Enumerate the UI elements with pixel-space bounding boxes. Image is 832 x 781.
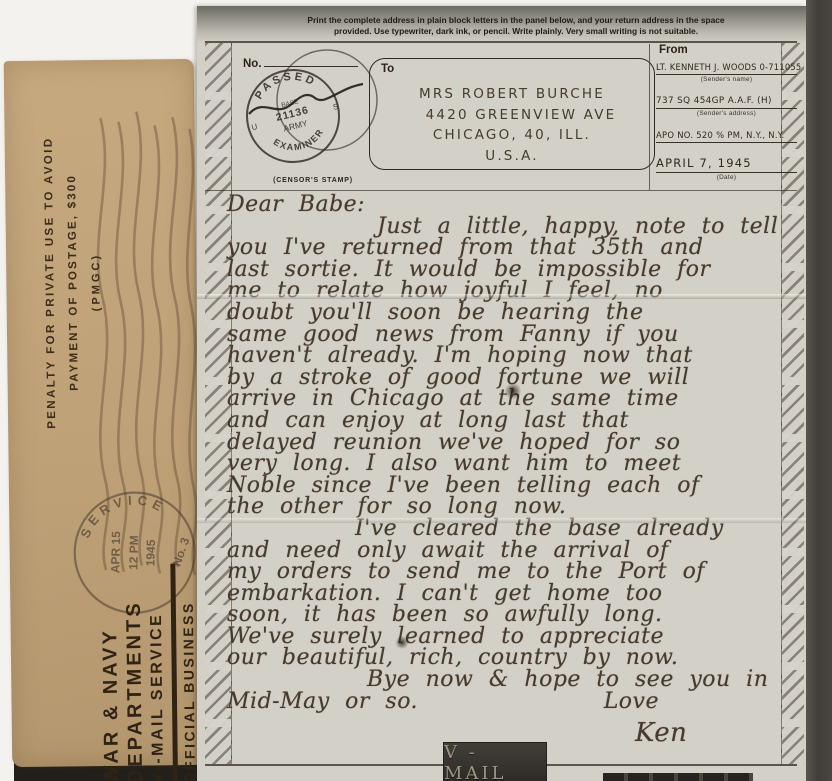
instruction-line: provided. Use typewriter, dark ink, or p… — [301, 26, 731, 37]
letter-line: my orders to send me to the Port of — [227, 559, 799, 581]
letter-line: same good news from Fanny if you — [227, 322, 799, 344]
war-navy-text: WAR & NAVY DEPARTMENTS V--MAIL SERVICE O… — [97, 533, 199, 781]
to-label: To — [381, 63, 394, 75]
envelope: PENALTY FOR PRIVATE USE TO AVOID PAYMENT… — [4, 59, 203, 767]
letter-body: Dear Babe: Just a little, happy, note to… — [227, 192, 799, 748]
letter-line: soon, it has been so awfully long. — [227, 602, 799, 624]
closing-left: Mid-May or so. — [227, 689, 418, 711]
letter-line: Bye now & hope to see you in — [227, 667, 799, 689]
signature: Ken — [635, 718, 799, 748]
letter-line: and can enjoy at long last that — [227, 408, 799, 430]
sender-name: LT. KENNETH J. WOODS 0-711055 — [656, 62, 797, 75]
letter-line: our beautiful, rich, country by now. — [227, 645, 799, 667]
from-label: From — [659, 44, 688, 56]
to-address: MRS ROBERT BURCHE 4420 GREENVIEW AVE CHI… — [370, 84, 654, 166]
from-section-divider — [649, 44, 650, 190]
letter-line: We've surely learned to appreciate — [227, 624, 799, 646]
censor-stamp-caption: (CENSOR'S STAMP) — [251, 177, 375, 184]
header-rule — [205, 41, 797, 43]
clipped-text-strip — [603, 773, 753, 781]
letter-line: the other for so long now. — [227, 494, 799, 516]
sender-apo-field: APO NO. 520 % PM, N.Y., N.Y. — [656, 130, 797, 143]
instruction-line: Print the complete address in plain bloc… — [301, 15, 731, 26]
paper-crease — [197, 518, 806, 523]
dept-line: V--MAIL SERVICE — [145, 534, 169, 781]
sender-apo: APO NO. 520 % PM, N.Y., N.Y. — [656, 130, 797, 143]
to-address-line: U.S.A. — [370, 146, 654, 167]
sender-address: 737 SQ 454GP A.A.F. (H) — [656, 96, 797, 109]
letter-line: haven't already. I'm hoping now that — [227, 343, 799, 365]
scanned-vmail-page: PENALTY FOR PRIVATE USE TO AVOID PAYMENT… — [0, 0, 832, 781]
ink-blot — [505, 382, 521, 400]
censor-right-letter: S — [332, 102, 339, 112]
sender-address-field: 737 SQ 454GP A.A.F. (H) (Sender's addres… — [656, 96, 797, 117]
sender-address-caption: (Sender's address) — [656, 110, 797, 117]
penalty-line: (PMGC) — [83, 107, 109, 457]
instruction-header: Print the complete address in plain bloc… — [301, 15, 731, 36]
letter-line: Dear Babe: — [227, 192, 799, 214]
to-address-line: CHICAGO, 40, ILL. — [370, 125, 654, 146]
vmail-logo: V - MAIL — [443, 742, 547, 781]
sender-name-field: LT. KENNETH J. WOODS 0-711055 (Sender's … — [656, 62, 797, 83]
date-value: APRIL 7, 1945 — [656, 156, 797, 173]
date-caption: (Date) — [656, 174, 797, 181]
ink-blot — [395, 636, 409, 649]
divider-rule — [170, 564, 178, 781]
letter-line: Noble since I've been telling each of — [227, 473, 799, 495]
vmail-letter-sheet: Print the complete address in plain bloc… — [197, 6, 806, 781]
to-address-line: MRS ROBERT BURCHE — [370, 84, 654, 105]
dept-line: WAR & NAVY — [97, 534, 124, 781]
penalty-notice: PENALTY FOR PRIVATE USE TO AVOID PAYMENT… — [37, 107, 111, 458]
censor-stamp: PASSED EXAMINER U S BASE 21136 ARMY — [235, 48, 385, 180]
letter-line: last sortie. It would be impossible for — [227, 257, 799, 279]
vmail-logo-text: V - MAIL — [444, 742, 546, 781]
date-field: APRIL 7, 1945 (Date) — [656, 156, 797, 181]
to-address-box: To MRS ROBERT BURCHE 4420 GREENVIEW AVE … — [369, 58, 655, 170]
letter-line: doubt you'll soon be hearing the — [227, 300, 799, 322]
dept-line: DEPARTMENTS — [121, 534, 148, 781]
censor-left-letter: U — [251, 122, 259, 132]
to-address-line: 4420 GREENVIEW AVE — [370, 105, 654, 126]
letter-line: very long. I also want him to meet — [227, 451, 799, 473]
paper-crease — [197, 294, 806, 299]
scan-edge-strip — [806, 0, 832, 781]
penalty-line: PENALTY FOR PRIVATE USE TO AVOID — [37, 107, 64, 457]
letter-line: embarkation. I can't get home too — [227, 581, 799, 603]
letter-line: delayed reunion we've hoped for so — [227, 430, 799, 452]
closing-love: Love — [604, 689, 659, 711]
sender-name-caption: (Sender's name) — [656, 76, 797, 83]
